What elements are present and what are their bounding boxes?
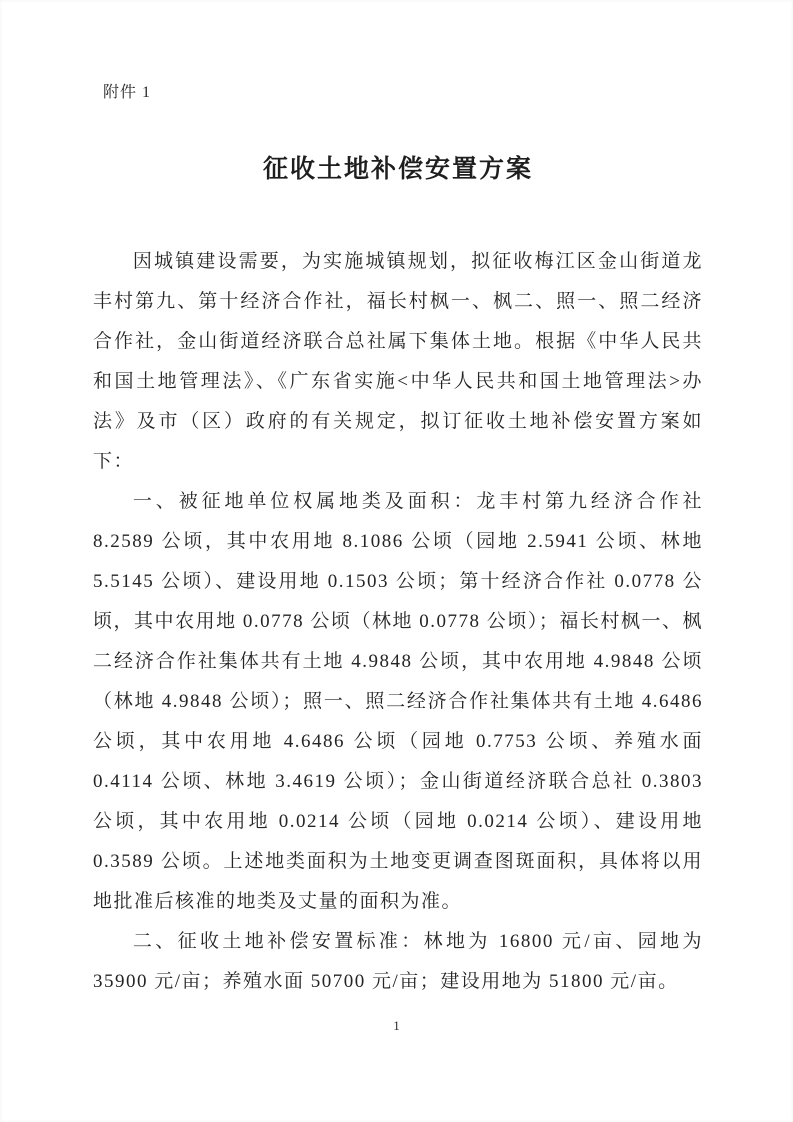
- document-page: 附件 1 征收土地补偿安置方案 因城镇建设需要，为实施城镇规划，拟征收梅江区金山…: [0, 0, 793, 1122]
- paragraph-section-1-land-areas: 一、被征地单位权属地类及面积：龙丰村第九经济合作社 8.2589 公顷，其中农用…: [93, 482, 703, 922]
- document-body: 因城镇建设需要，为实施城镇规划，拟征收梅江区金山街道龙丰村第九、第十经济合作社，…: [93, 242, 703, 1002]
- document-title: 征收土地补偿安置方案: [93, 152, 703, 186]
- page-number: 1: [0, 1018, 793, 1034]
- paragraph-section-2-compensation-standards: 二、征收土地补偿安置标准：林地为 16800 元/亩、园地为 35900 元/亩…: [93, 922, 703, 1002]
- paragraph-intro: 因城镇建设需要，为实施城镇规划，拟征收梅江区金山街道龙丰村第九、第十经济合作社，…: [93, 242, 703, 482]
- attachment-label: 附件 1: [103, 84, 703, 102]
